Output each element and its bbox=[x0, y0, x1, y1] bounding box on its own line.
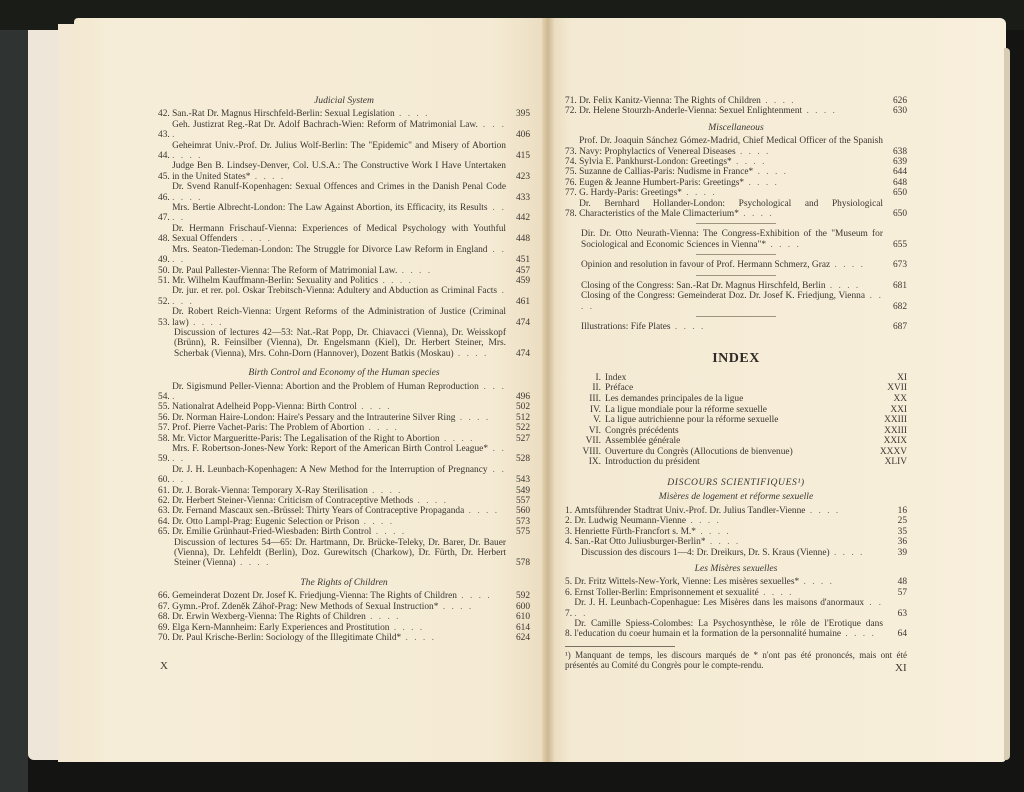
dot-leader: . . . . bbox=[759, 588, 794, 598]
dot-leader: . . . . bbox=[237, 234, 272, 244]
toc-entry: 55. Nationalrat Adelheid Popp-Vienna: Bi… bbox=[158, 402, 530, 412]
toc-entry: 77. G. Hardy-Paris: Greetings* . . . .65… bbox=[565, 188, 907, 198]
toc-entry: 59. Mrs. F. Robertson-Jones-New York: Re… bbox=[158, 444, 530, 465]
dot-leader: . . . . bbox=[696, 527, 731, 537]
footnote-divider bbox=[565, 646, 675, 647]
section-miscellaneous: 73. Prof. Dr. Joaquin Sánchez Gómez-Madr… bbox=[565, 136, 907, 219]
toc-entry: 49. Mrs. Seaton-Tiedeman-London: The Str… bbox=[158, 245, 530, 266]
dot-leader: . . . . bbox=[172, 193, 202, 203]
index-item: II.PréfaceXVII bbox=[565, 383, 907, 394]
dot-leader: . . . . bbox=[464, 506, 499, 516]
dot-leader: . . . . bbox=[739, 209, 774, 219]
dot-leader: . . . . bbox=[455, 413, 490, 423]
toc-entry: 78. Dr. Bernhard Hollander-London: Psych… bbox=[565, 199, 907, 220]
index-item: I.IndexXI bbox=[565, 373, 907, 384]
divider bbox=[696, 275, 776, 276]
dot-leader: . . . . bbox=[172, 203, 506, 223]
dot-leader: . . . . bbox=[371, 527, 406, 537]
dot-leader: . . . . bbox=[359, 517, 394, 527]
extra-entry: Opinion and resolution in favour of Prof… bbox=[565, 260, 907, 270]
section-heading: Miscellaneous bbox=[565, 123, 907, 133]
section-heading: Misères de logement et réforme sexuelle bbox=[565, 492, 907, 502]
toc-entry: 42. San.-Rat Dr. Magnus Hirschfeld-Berli… bbox=[158, 109, 530, 119]
toc-entry: 69. Elga Kern-Mannheim: Early Experience… bbox=[158, 623, 530, 633]
toc-entry: 2. Dr. Ludwig Neumann-Vienne . . . .25 bbox=[565, 516, 907, 526]
dot-leader: . . . . bbox=[766, 240, 801, 250]
toc-entry: 60. Dr. J. H. Leunbach-Kopenhagen: A New… bbox=[158, 465, 530, 486]
dot-leader: . . . . bbox=[389, 623, 424, 633]
dot-leader: . . . . bbox=[732, 157, 767, 167]
section-rights-of-children: 66. Gemeinderat Dozent Dr. Josef K. Frie… bbox=[158, 591, 530, 643]
index-list: I.IndexXI II.PréfaceXVII III.Les demande… bbox=[565, 373, 907, 468]
toc-entry: 75. Suzanne de Callias-Paris: Nudisme in… bbox=[565, 167, 907, 177]
left-page-contents: Judicial System 42. San.-Rat Dr. Magnus … bbox=[158, 96, 530, 643]
toc-entry: 56. Dr. Norman Haire-London: Haire's Pes… bbox=[158, 413, 530, 423]
index-title: INDEX bbox=[565, 354, 907, 364]
toc-entry: 5. Dr. Fritz Wittels-New-York, Vienne: L… bbox=[565, 577, 907, 587]
index-item: V.La ligue autrichienne pour la réforme … bbox=[565, 415, 907, 426]
dot-leader: . . . . bbox=[189, 318, 224, 328]
index-item: VII.Assemblée généraleXXIX bbox=[565, 436, 907, 447]
dot-leader: . . . . bbox=[364, 423, 399, 433]
dot-leader: . . . . bbox=[366, 612, 401, 622]
dot-leader: . . . . bbox=[172, 120, 506, 140]
toc-entry: 8. Dr. Camille Spiess-Colombes: La Psych… bbox=[565, 619, 907, 640]
section-miseres-logement: 1. Amtsführender Stadtrat Univ.-Prof. Dr… bbox=[565, 506, 907, 558]
dot-leader: . . . . bbox=[368, 486, 403, 496]
toc-entry: 45. Judge Ben B. Lindsey-Denver, Col. U.… bbox=[158, 161, 530, 182]
dot-leader: . . . . bbox=[172, 286, 506, 306]
dot-leader: . . . . bbox=[378, 276, 413, 286]
toc-entry: 47. Mrs. Bertie Albrecht-London: The Law… bbox=[158, 203, 530, 224]
toc-entry: 68. Dr. Erwin Wexberg-Vienna: The Rights… bbox=[158, 612, 530, 622]
section-heading: The Rights of Children bbox=[158, 578, 530, 588]
toc-entry: 43. Geh. Justizrat Reg.-Rat Dr. Adolf Ba… bbox=[158, 120, 530, 141]
toc-entry: 67. Gymn.-Prof. Zdeněk Záhoř-Prag: New M… bbox=[158, 602, 530, 612]
toc-entry: 58. Mr. Victor Margueritte-Paris: The Le… bbox=[158, 434, 530, 444]
toc-entry: 65. Dr. Emilie Grünhaut-Fried-Wiesbaden:… bbox=[158, 527, 530, 537]
dot-leader: . . . . bbox=[826, 281, 861, 291]
dot-leader: . . . . bbox=[438, 602, 473, 612]
toc-entry: 6. Ernst Toller-Berlin: Emprisonnement e… bbox=[565, 588, 907, 598]
dot-leader: . . . . bbox=[753, 167, 788, 177]
toc-entry: 71. Dr. Felix Kanitz-Vienna: The Rights … bbox=[565, 96, 907, 106]
dot-leader: . . . . bbox=[802, 106, 837, 116]
index-item: III.Les demandes principales de la ligue… bbox=[565, 394, 907, 405]
divider bbox=[696, 254, 776, 255]
toc-entry: 44. Geheimrat Univ.-Prof. Dr. Julius Wol… bbox=[158, 141, 530, 162]
toc-entry: 52. Dr. jur. et rer. pol. Oskar Trebitsc… bbox=[158, 286, 530, 307]
book-gutter bbox=[542, 18, 554, 762]
dot-leader: . . . . bbox=[581, 291, 883, 311]
dot-leader: . . . . bbox=[172, 465, 506, 485]
dot-leader: . . . . bbox=[682, 188, 717, 198]
section-birth-control: 54. Dr. Sigismund Peller-Vienna: Abortio… bbox=[158, 382, 530, 569]
toc-entry: 1. Amtsführender Stadtrat Univ.-Prof. Dr… bbox=[565, 506, 907, 516]
dot-leader: . . . . bbox=[413, 496, 448, 506]
dot-leader: . . . . bbox=[250, 172, 285, 182]
index-item: IX.Introduction du présidentXLIV bbox=[565, 457, 907, 468]
dot-leader: . . . . bbox=[805, 506, 840, 516]
toc-entry: 74. Sylvia E. Pankhurst-London: Greeting… bbox=[565, 157, 907, 167]
toc-entry: 53. Dr. Robert Reich-Vienna: Urgent Refo… bbox=[158, 307, 530, 328]
section-heading: Les Misères sexuelles bbox=[565, 564, 907, 574]
dot-leader: . . . . bbox=[830, 548, 865, 558]
toc-entry: 54. Dr. Sigismund Peller-Vienna: Abortio… bbox=[158, 382, 530, 403]
toc-entry: 66. Gemeinderat Dozent Dr. Josef K. Frie… bbox=[158, 591, 530, 601]
toc-entry: 46. Dr. Svend Ranulf-Kopenhagen: Sexual … bbox=[158, 182, 530, 203]
toc-entry: 48. Dr. Hermann Frischauf-Vienna: Experi… bbox=[158, 224, 530, 245]
backdrop-left bbox=[0, 30, 28, 792]
page-number-right: XI bbox=[895, 662, 907, 674]
dot-leader: . . . . bbox=[574, 598, 883, 618]
dot-leader: . . . . bbox=[357, 402, 392, 412]
index-item: VIII.Ouverture du Congrès (Allocutions d… bbox=[565, 447, 907, 458]
dot-leader: . . . . bbox=[686, 516, 721, 526]
toc-entry: 57. Prof. Pierre Vachet-Paris: The Probl… bbox=[158, 423, 530, 433]
dot-leader: . . . . bbox=[744, 178, 779, 188]
index-item: IV.La ligue mondiale pour la réforme sex… bbox=[565, 405, 907, 416]
divider bbox=[696, 223, 776, 224]
extra-entry: Illustrations: Fife Plates . . . .687 bbox=[565, 322, 907, 332]
toc-entry: 62. Dr. Herbert Steiner-Vienna: Criticis… bbox=[158, 496, 530, 506]
toc-entry: 76. Eugen & Jeanne Humbert-Paris: Greeti… bbox=[565, 178, 907, 188]
discussion-entry: Discussion of lectures 54—65: Dr. Hartma… bbox=[158, 538, 530, 569]
page-number-left: X bbox=[160, 660, 168, 672]
toc-entry: 3. Henriette Fürth-Francfort s. M.* . . … bbox=[565, 527, 907, 537]
dot-leader: . . . . bbox=[440, 434, 475, 444]
dot-leader: . . . . bbox=[454, 349, 489, 359]
dot-leader: . . . . bbox=[236, 558, 271, 568]
dot-leader: . . . . bbox=[457, 591, 492, 601]
section-heading: Birth Control and Economy of the Human s… bbox=[158, 368, 530, 378]
toc-entry: 4. San.-Rat Otto Juliusburger-Berlin* . … bbox=[565, 537, 907, 547]
toc-entry: 7. Dr. J. H. Leunbach-Copenhague: Les Mi… bbox=[565, 598, 907, 619]
section-heading: Judicial System bbox=[158, 96, 530, 106]
dot-leader: . . . . bbox=[395, 109, 430, 119]
toc-entry: 70. Dr. Paul Krische-Berlin: Sociology o… bbox=[158, 633, 530, 643]
extra-entry: Dir. Dr. Otto Neurath-Vienna: The Congre… bbox=[565, 229, 907, 250]
right-page-edge bbox=[1004, 48, 1010, 760]
dot-leader: . . . . bbox=[799, 577, 834, 587]
toc-entry: 61. Dr. J. Borak-Vienna: Temporary X-Ray… bbox=[158, 486, 530, 496]
dot-leader: . . . . bbox=[172, 444, 506, 464]
dot-leader: . . . . bbox=[671, 322, 706, 332]
toc-entry: 50. Dr. Paul Pallester-Vienna: The Refor… bbox=[158, 266, 530, 276]
toc-entry: 63. Dr. Fernand Mascaux sen.-Brüssel: Th… bbox=[158, 506, 530, 516]
right-page-contents: 71. Dr. Felix Kanitz-Vienna: The Rights … bbox=[565, 96, 907, 671]
dot-leader: . . . . bbox=[706, 537, 741, 547]
discours-heading: DISCOURS SCIENTIFIQUES¹) bbox=[565, 478, 907, 488]
toc-entry: 72. Dr. Helene Stourzh-Anderle-Vienna: S… bbox=[565, 106, 907, 116]
dot-leader: . . . . bbox=[397, 266, 432, 276]
section-miseres-sexuelles: 5. Dr. Fritz Wittels-New-York, Vienne: L… bbox=[565, 577, 907, 639]
dot-leader: . . . . bbox=[172, 245, 506, 265]
toc-entry: 64. Dr. Otto Lampl-Prag: Eugenic Selecti… bbox=[158, 517, 530, 527]
dot-leader: . . . . bbox=[401, 633, 436, 643]
discussion-entry: Discussion of lectures 42—53: Nat.-Rat P… bbox=[158, 328, 530, 359]
extra-entry: Closing of the Congress: San.-Rat Dr. Ma… bbox=[565, 281, 907, 291]
section-judicial-system: 42. San.-Rat Dr. Magnus Hirschfeld-Berli… bbox=[158, 109, 530, 359]
dot-leader: . . . . bbox=[172, 151, 202, 161]
dot-leader: . . . . bbox=[172, 382, 506, 402]
dot-leader: . . . . bbox=[761, 96, 796, 106]
footnote: ¹) Manquant de temps, les discours marqu… bbox=[565, 650, 907, 671]
discussion-entry: Discussion des discours 1—4: Dr. Dreikur… bbox=[565, 548, 907, 558]
divider bbox=[696, 316, 776, 317]
toc-entry: 73. Prof. Dr. Joaquin Sánchez Gómez-Madr… bbox=[565, 136, 907, 157]
index-item: VI.Congrès précédentsXXIII bbox=[565, 426, 907, 437]
dot-leader: . . . . bbox=[841, 629, 876, 639]
extra-entry: Closing of the Congress: Gemeinderat Doz… bbox=[565, 291, 907, 312]
dot-leader: . . . . bbox=[736, 147, 771, 157]
dot-leader: . . . . bbox=[830, 260, 865, 270]
toc-entry: 51. Mr. Wilhelm Kauffmann-Berlin: Sexual… bbox=[158, 276, 530, 286]
